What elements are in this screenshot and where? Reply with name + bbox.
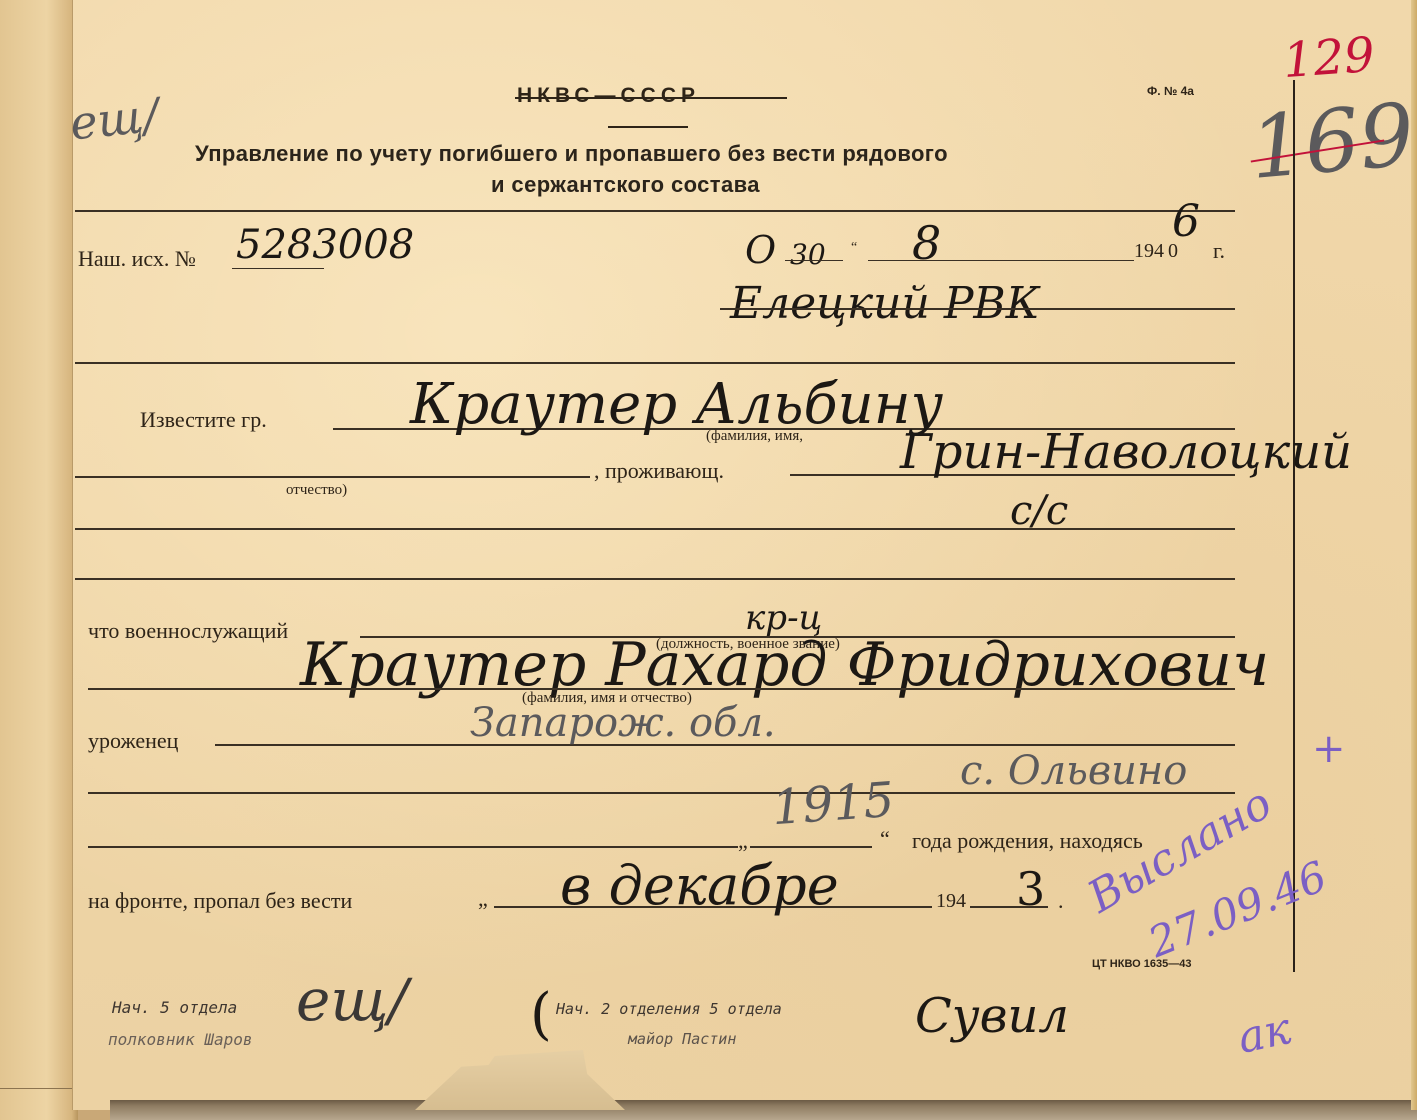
violet-initials: ак [1233,1003,1295,1064]
signature-bracket: ( [530,982,552,1047]
birth-year-line [750,846,872,848]
serviceman-label: что военнослужащий [88,618,288,644]
violet-cross: + [1312,726,1346,772]
birth-year: 1915 [770,772,896,836]
notify-name: Краутер Альбину [410,372,943,437]
date-day: 30 [790,238,826,271]
year-prefix: 194 [1134,240,1164,263]
chief-dept5-title: Нач. 5 отдела [112,998,237,1017]
notify-label: Известите гр. [140,407,267,433]
missing-year: 3 [1016,862,1045,916]
birth-close-quote: “ [880,826,890,852]
archive-number-new: 129 [1281,27,1376,89]
header-rule [75,210,1235,212]
village-line [88,792,1235,794]
hint-surname-name: (фамилия, имя, [706,428,803,445]
missing-open-quote: „ [478,886,488,912]
outgoing-number-label: Наш. исх. № [78,246,196,272]
blank-line-1 [75,362,1235,364]
day-line [785,260,843,261]
margin-initials: ещ/ [67,88,161,151]
native-village: с. Ольвино [960,748,1187,794]
page-shadow [110,1100,1417,1120]
archive-number-old: 169 [1246,85,1417,199]
department-title-line1: Управление по учету погибшего и пропавше… [195,141,948,167]
month-line [868,260,1134,261]
adjacent-page-edge [0,1088,78,1089]
day-quote: “ [851,240,857,256]
department-title-line2: и сержантского состава [491,172,760,198]
header-divider [608,126,688,128]
missing-year-suffix: . [1058,888,1064,914]
form-number: Ф. № 4а [1147,84,1194,98]
missing-label: на фронте, пропал без вести [88,888,352,914]
chief-section2-title: Нач. 2 отделения 5 отдела [556,1000,782,1018]
outgoing-number-value: 5283008 [236,222,414,268]
chief-section2-name: майор Пастин [628,1030,736,1048]
hint-patronymic: отчество) [286,482,347,499]
blank-line-2 [75,528,1235,530]
native-label: уроженец [88,728,178,754]
patronymic-line [75,476,590,478]
margin-vertical-line [1293,80,1295,972]
chief-section2-signature: Сувил [915,988,1069,1044]
recipient-office: Елецкий РВК [730,278,1040,329]
residing-label: , проживающ. [594,458,724,484]
year-correction: 6 [1172,196,1200,247]
blank-line-3 [75,578,1235,580]
year-suffix: г. [1213,238,1225,264]
pre-birth-line [88,846,738,848]
date-month: 8 [912,216,941,270]
recipient-line [720,308,1235,310]
birth-label: года рождения, находясь [912,828,1143,854]
birth-open-quote: „ [738,828,748,854]
adjacent-page [0,0,78,1120]
agency-strikethrough [515,97,787,99]
missing-date: в декабре [560,854,839,917]
chief-dept5-signature: ещ/ [296,966,408,1034]
missing-year-prefix: 194 [936,890,966,913]
residence-value: Грин-Наволоцкий [900,424,1352,480]
native-region: Запарож. обл. [470,700,776,746]
agency-title: НКВС—СССР [517,84,700,108]
outgoing-number-line [232,268,324,269]
date-prefix: О [745,228,776,272]
chief-dept5-name: полковник Шаров [108,1030,253,1049]
